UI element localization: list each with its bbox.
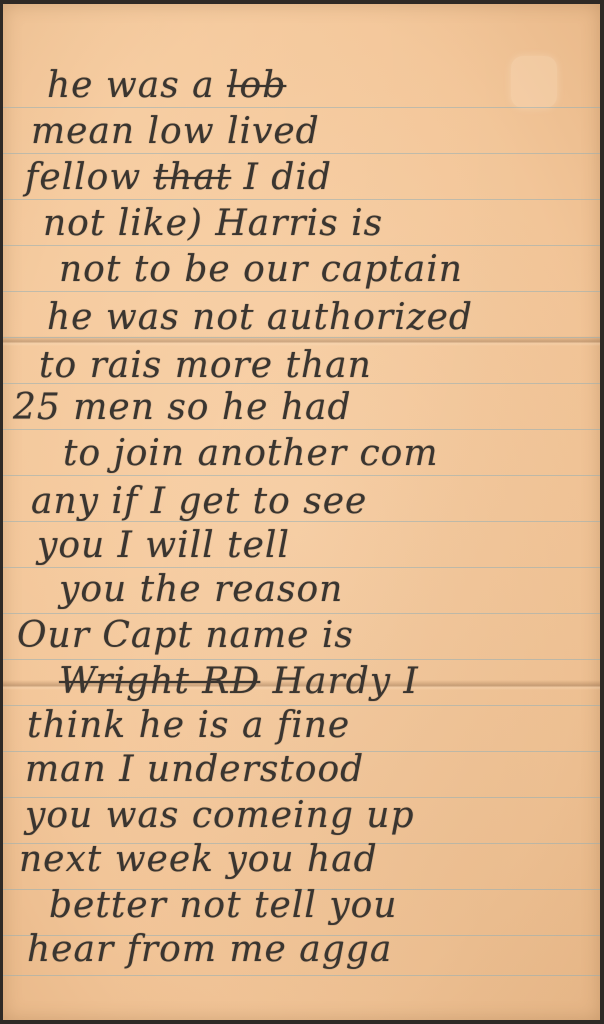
line-text: you the reason [59,569,343,610]
line-text: you I will tell [37,525,290,566]
ruled-line [3,659,600,660]
handwritten-line: mean low lived [31,112,320,152]
struck-word: Wright RD [59,661,260,702]
handwritten-line: not like) Harris is [43,204,383,244]
handwritten-line: fellow that I did [25,158,332,198]
handwritten-line: 25 men so he had [13,388,352,428]
handwritten-line: you I will tell [37,526,290,566]
line-text: fellow [25,157,154,198]
handwritten-line: think he is a fine [27,706,350,746]
handwritten-line: man I understood [25,750,364,790]
line-text: to rais more than [39,345,372,386]
handwritten-line: he was a lob [47,66,286,106]
line-text: he was not authorized [47,297,473,338]
ruled-line [3,975,600,976]
line-text: think he is a fine [27,705,350,746]
line-text: to join another com [63,433,438,474]
line-text: any if I get to see [31,481,367,522]
handwritten-line: better not tell you [49,886,397,926]
ruled-line [3,291,600,292]
ruled-line [3,567,600,568]
handwritten-line: Our Capt name is [17,616,354,656]
letter-page: he was a lobmean low livedfellow that I … [3,4,600,1020]
handwritten-line: you was comeing up [25,796,415,836]
ruled-line [3,199,600,200]
line-text: Our Capt name is [17,615,354,656]
handwritten-line: Wright RD Hardy I [59,662,419,702]
struck-word: lob [227,65,286,106]
handwritten-line: any if I get to see [31,482,367,522]
line-text: Hardy I [260,661,419,702]
line-text: he was a [47,65,227,106]
line-text: not like) Harris is [43,203,383,244]
handwritten-line: not to be our captain [59,250,463,290]
line-text: mean low lived [31,111,320,152]
ruled-line [3,153,600,154]
line-text: hear from me agga [27,929,392,970]
line-text: next week you had [19,839,378,880]
ruled-line [3,245,600,246]
handwritten-line: you the reason [59,570,343,610]
handwritten-line: hear from me agga [27,930,392,970]
handwritten-line: he was not authorized [47,298,473,338]
line-text: 25 men so he had [13,387,352,428]
handwritten-line: to rais more than [39,346,372,386]
ruled-line [3,475,600,476]
embossed-mark [511,56,557,108]
line-text: I did [231,157,332,198]
ruled-line [3,613,600,614]
ruled-line [3,429,600,430]
ruled-line [3,107,600,108]
struck-word: that [154,157,232,198]
handwritten-line: to join another com [63,434,438,474]
line-text: better not tell you [49,885,397,926]
line-text: not to be our captain [59,249,463,290]
line-text: you was comeing up [25,795,415,836]
scan-frame: he was a lobmean low livedfellow that I … [0,0,604,1024]
handwritten-line: next week you had [19,840,378,880]
line-text: man I understood [25,749,364,790]
